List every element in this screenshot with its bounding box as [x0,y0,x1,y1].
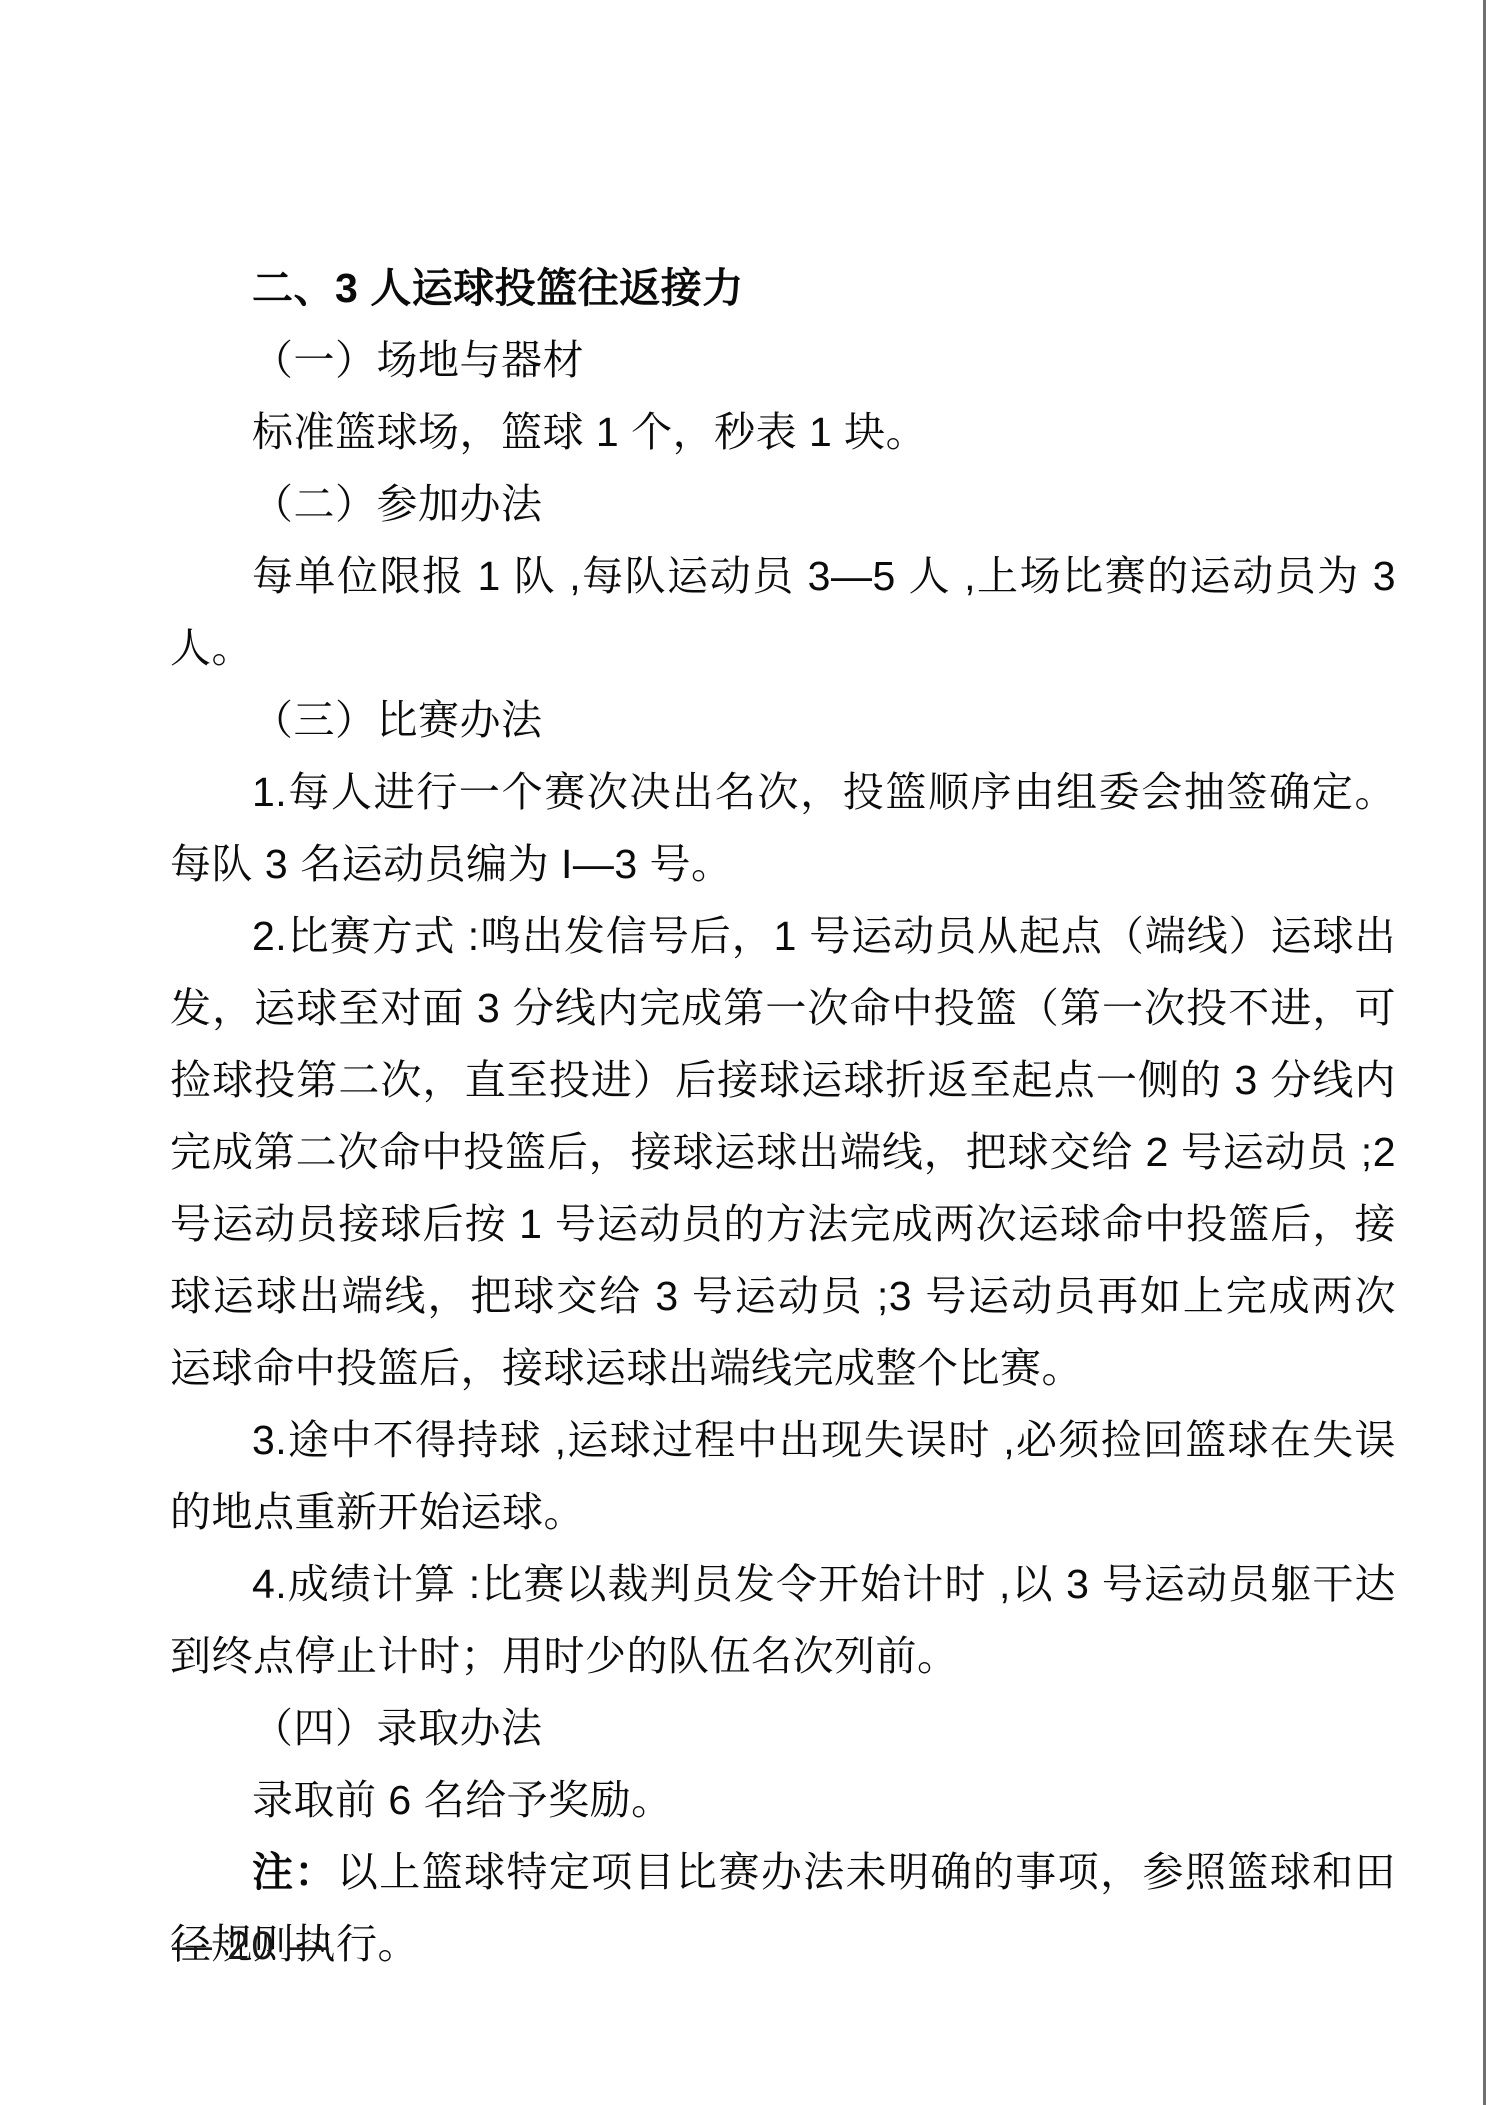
paragraph-note: 注：以上篮球特定项目比赛办法未明确的事项，参照篮球和田径规则执行。 [170,1836,1396,1980]
paragraph-participation: 每单位限报 1 队 ,每队运动员 3—5 人 ,上场比赛的运动员为 3 人。 [170,540,1396,684]
subsection-heading-venue-equipment: （一）场地与器材 [170,324,1396,396]
subsection-heading-awards: （四）录取办法 [170,1692,1396,1764]
paragraph-rule-1: 1.每人进行一个赛次决出名次，投篮顺序由组委会抽签确定。每队 3 名运动员编为 … [170,756,1396,900]
subsection-heading-competition-method: （三）比赛办法 [170,684,1396,756]
paragraph-rule-4: 4.成绩计算 :比赛以裁判员发令开始计时 ,以 3 号运动员躯干达到终点停止计时… [170,1548,1396,1692]
note-text: 以上篮球特定项目比赛办法未明确的事项，参照篮球和田径规则执行。 [170,1849,1396,1967]
document-page: 二、3 人运球投篮往返接力 （一）场地与器材 标准篮球场，篮球 1 个，秒表 1… [0,0,1488,2105]
subsection-heading-participation: （二）参加办法 [170,468,1396,540]
document-body: 二、3 人运球投篮往返接力 （一）场地与器材 标准篮球场，篮球 1 个，秒表 1… [170,252,1396,1980]
paragraph-awards: 录取前 6 名给予奖励。 [170,1764,1396,1836]
scan-edge-line [1483,0,1486,2105]
paragraph-rule-2: 2.比赛方式 :鸣出发信号后，1 号运动员从起点（端线）运球出发，运球至对面 3… [170,900,1396,1404]
page-number: — 20 — [172,1910,331,1982]
paragraph-rule-3: 3.途中不得持球 ,运球过程中出现失误时 ,必须捡回篮球在失误的地点重新开始运球… [170,1404,1396,1548]
section-heading: 二、3 人运球投篮往返接力 [170,252,1396,324]
paragraph-venue-equipment: 标准篮球场，篮球 1 个，秒表 1 块。 [170,396,1396,468]
note-prefix-label: 注： [252,1849,337,1895]
